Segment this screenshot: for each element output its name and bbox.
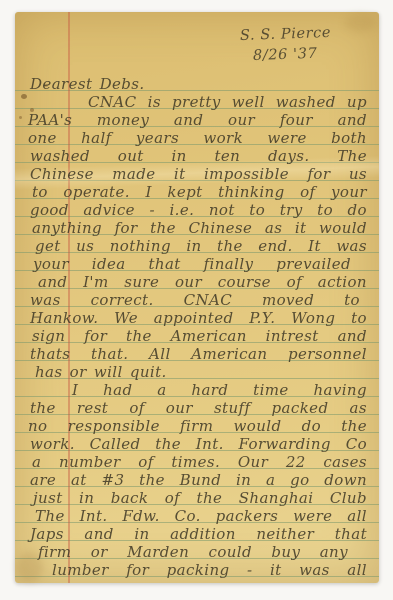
handwriting-line: Hankow. We appointed P.Y. Wong to	[30, 309, 367, 328]
handwriting-line: a number of times. Our 22 cases	[32, 453, 367, 472]
handwriting-line: your idea that finally prevailed	[33, 255, 351, 274]
handwriting-line: just in back of the Shanghai Club	[33, 489, 367, 508]
paper-stain	[19, 116, 22, 119]
handwriting-line: to operate. I kept thinking of your	[32, 183, 367, 202]
handwriting-line: one half years work were both	[28, 129, 367, 148]
handwriting-line: Dearest Debs.	[30, 75, 145, 94]
handwriting-line: the rest of our stuff packed as	[30, 399, 367, 418]
handwriting-line: no responsible firm would do the	[28, 417, 367, 436]
handwriting-line: lumber for packing - it was all	[52, 561, 367, 580]
paper-stain	[21, 94, 27, 99]
handwriting-line: and I'm sure our course of action	[38, 273, 367, 292]
handwriting-line: was correct. CNAC moved to	[30, 291, 360, 310]
letter-date: 8/26 '37	[253, 46, 318, 64]
handwriting-line: are at #3 the Bund in a go down	[30, 471, 367, 490]
handwriting-line: firm or Marden could buy any	[38, 543, 348, 562]
handwriting-line: PAA's money and our four and	[28, 111, 367, 130]
paper-stain	[345, 14, 375, 32]
handwriting-line: CNAC is pretty well washed up	[88, 93, 367, 112]
photo-background: S. S. Pierce 8/26 '37 Dearest Debs.CNAC …	[0, 0, 393, 600]
handwriting-line: thats that. All American personnel	[30, 345, 367, 364]
handwriting-line: washed out in ten days. The	[30, 147, 367, 166]
handwriting-line: Chinese made it impossible for us	[30, 165, 367, 184]
handwriting-line: work. Called the Int. Forwarding Co	[30, 435, 367, 454]
handwriting-line: I had a hard time having	[72, 381, 367, 400]
handwriting-line: has or will quit.	[35, 363, 167, 382]
letter-paper: S. S. Pierce 8/26 '37 Dearest Debs.CNAC …	[15, 12, 379, 583]
handwriting-line: The Int. Fdw. Co. packers were all	[35, 507, 367, 526]
handwriting-line: sign for the American intrest and	[32, 327, 367, 346]
handwriting-line: anything for the Chinese as it would	[32, 219, 367, 238]
ship-name-heading: S. S. Pierce	[240, 25, 332, 44]
handwriting-line: Japs and in addition neither that	[30, 525, 367, 544]
handwriting-line: good advice - i.e. not to try to do	[30, 201, 367, 220]
handwriting-line: get us nothing in the end. It was	[35, 237, 367, 256]
